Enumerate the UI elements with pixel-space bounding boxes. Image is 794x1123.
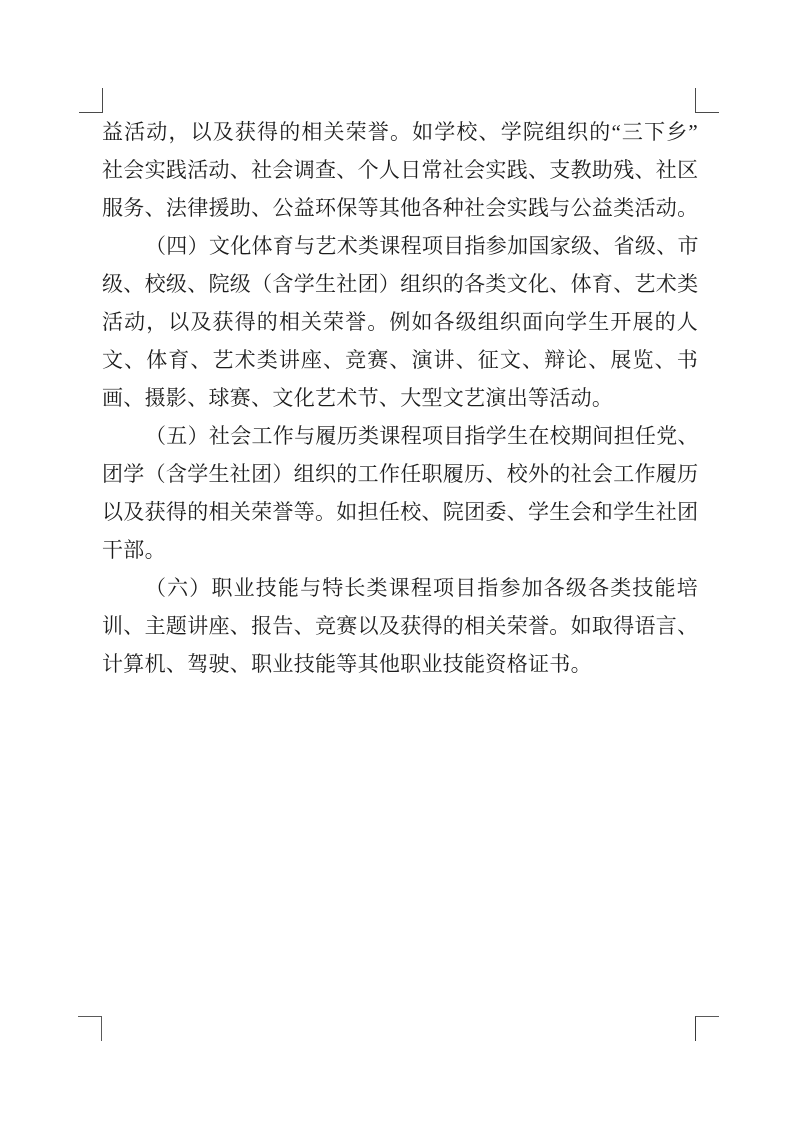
text-line: 以及获得的相关荣誉等。如担任校、院团委、学生会和学生社团 (102, 493, 698, 531)
text-line: 团学（含学生社团）组织的工作任职履历、校外的社会工作履历 (102, 455, 698, 493)
text-line: 益活动，以及获得的相关荣誉。如学校、学院组织的“三下乡” (102, 113, 698, 151)
crop-mark-bottom-left (78, 1016, 102, 1041)
document-page: 益活动，以及获得的相关荣誉。如学校、学院组织的“三下乡” 社会实践活动、社会调查… (102, 113, 698, 683)
crop-mark-top-right (695, 88, 719, 113)
text-line: 服务、法律援助、公益环保等其他各种社会实践与公益类活动。 (102, 189, 698, 227)
text-line: 干部。 (102, 531, 698, 569)
text-line: 画、摄影、球赛、文化艺术节、大型文艺演出等活动。 (102, 379, 698, 417)
text-line-paragraph-6-start: （六）职业技能与特长类课程项目指参加各级各类技能培 (102, 569, 698, 607)
text-line: 计算机、驾驶、职业技能等其他职业技能资格证书。 (102, 645, 698, 683)
text-line: 文、体育、艺术类讲座、竞赛、演讲、征文、辩论、展览、书 (102, 341, 698, 379)
crop-mark-bottom-right (695, 1016, 719, 1041)
text-line: 活动，以及获得的相关荣誉。例如各级组织面向学生开展的人 (102, 303, 698, 341)
text-line-paragraph-5-start: （五）社会工作与履历类课程项目指学生在校期间担任党、 (102, 417, 698, 455)
text-line: 社会实践活动、社会调查、个人日常社会实践、支教助残、社区 (102, 151, 698, 189)
text-line-paragraph-4-start: （四）文化体育与艺术类课程项目指参加国家级、省级、市 (102, 227, 698, 265)
text-line: 训、主题讲座、报告、竞赛以及获得的相关荣誉。如取得语言、 (102, 607, 698, 645)
crop-mark-top-left (79, 88, 103, 113)
text-line: 级、校级、院级（含学生社团）组织的各类文化、体育、艺术类 (102, 265, 698, 303)
